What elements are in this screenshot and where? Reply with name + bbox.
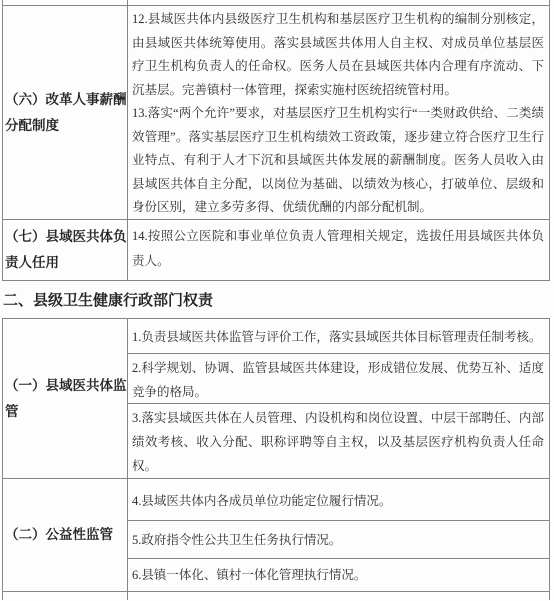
row-header-label: （二）公益性监管 bbox=[5, 522, 113, 548]
row-header-label: （一）县域医共体监管 bbox=[5, 373, 127, 425]
section-heading: 二、县级卫生健康行政部门权责 bbox=[0, 281, 554, 318]
document-page: （六）改革人事薪酬分配制度 12.县域医共体内县级医疗卫生机构和基层医疗卫生机构… bbox=[0, 0, 554, 601]
item-3-cell: 3.落实县域医共体在人员管理、内设机构和岗位设置、中层干部聘任、内部绩效考核、收… bbox=[128, 404, 549, 478]
table-row: （七）县域医共体负责人任用 14.按照公立医院和事业单位负责人管理相关规定，选拔… bbox=[3, 220, 549, 280]
item-14-text: 14.按照公立医院和事业单位负责人管理相关规定，选拔任用县域医共体负责人。 bbox=[132, 224, 544, 274]
section-heading-text: 二、县级卫生健康行政部门权责 bbox=[3, 292, 213, 309]
row-header-reform-personnel-salary: （六）改革人事薪酬分配制度 bbox=[3, 6, 128, 219]
table-row: （六）改革人事薪酬分配制度 12.县域医共体内县级医疗卫生机构和基层医疗卫生机构… bbox=[3, 6, 549, 220]
column-divider bbox=[127, 0, 128, 5]
item-2-text: 2.科学规划、协调、监管县域医共体建设，形成错位发展、优势互补、适度竞争的格局。 bbox=[132, 356, 544, 404]
duties-table-section-1: （六）改革人事薪酬分配制度 12.县域医共体内县级医疗卫生机构和基层医疗卫生机构… bbox=[2, 5, 550, 281]
table-bottom-cutoff-row bbox=[2, 592, 550, 600]
item-5-text: 5.政府指令性公共卫生任务执行情况。 bbox=[132, 528, 544, 552]
table-row: （一）县域医共体监管 1.负责县域医共体监管与评价工作，落实县域医共体目标管理责… bbox=[3, 319, 549, 479]
row-header-label: （六）改革人事薪酬分配制度 bbox=[5, 87, 127, 139]
item-6-cell: 6.县镇一体化、镇村一体化管理执行情况。 bbox=[128, 559, 549, 591]
row-header-leader-appointment: （七）县域医共体负责人任用 bbox=[3, 220, 128, 280]
item-1-text: 1.负责县域医共体监管与评价工作，落实县域医共体目标管理责任制考核。 bbox=[132, 325, 544, 349]
items-column: 12.县域医共体内县级医疗卫生机构和基层医疗卫生机构的编制分别核定，由县域医共体… bbox=[128, 6, 549, 219]
item-3-text: 3.落实县域医共体在人员管理、内设机构和岗位设置、中层干部聘任、内部绩效考核、收… bbox=[132, 406, 544, 478]
table-top-cutoff-row bbox=[2, 0, 550, 5]
row-header-label: （七）县域医共体负责人任用 bbox=[5, 224, 127, 276]
item-5-cell: 5.政府指令性公共卫生任务执行情况。 bbox=[128, 521, 549, 559]
items-column: 4.县域医共体内各成员单位功能定位履行情况。 5.政府指令性公共卫生任务执行情况… bbox=[128, 479, 549, 591]
item-14-cell: 14.按照公立医院和事业单位负责人管理相关规定，选拔任用县域医共体负责人。 bbox=[128, 220, 549, 274]
items-column: 1.负责县域医共体监管与评价工作，落实县域医共体目标管理责任制考核。 2.科学规… bbox=[128, 319, 549, 478]
item-4-cell: 4.县域医共体内各成员单位功能定位履行情况。 bbox=[128, 479, 549, 521]
item-13-text: 13.落实“两个允许”要求，对基层医疗卫生机构实行“一类财政供给、二类绩效管理”… bbox=[132, 102, 544, 220]
column-divider bbox=[127, 592, 128, 600]
item-12-text: 12.县域医共体内县级医疗卫生机构和基层医疗卫生机构的编制分别核定，由县域医共体… bbox=[132, 8, 544, 102]
row-header-community-supervision: （一）县域医共体监管 bbox=[3, 319, 128, 478]
items-cell-12-13: 12.县域医共体内县级医疗卫生机构和基层医疗卫生机构的编制分别核定，由县域医共体… bbox=[128, 6, 549, 220]
items-column: 14.按照公立医院和事业单位负责人管理相关规定，选拔任用县域医共体负责人。 bbox=[128, 220, 549, 280]
row-header-public-welfare-supervision: （二）公益性监管 bbox=[3, 479, 128, 591]
table-row: （二）公益性监管 4.县域医共体内各成员单位功能定位履行情况。 5.政府指令性公… bbox=[3, 479, 549, 591]
item-4-text: 4.县域医共体内各成员单位功能定位履行情况。 bbox=[132, 489, 544, 513]
item-1-cell: 1.负责县域医共体监管与评价工作，落实县域医共体目标管理责任制考核。 bbox=[128, 319, 549, 354]
item-6-text: 6.县镇一体化、镇村一体化管理执行情况。 bbox=[132, 563, 544, 587]
duties-table-section-2: （一）县域医共体监管 1.负责县域医共体监管与评价工作，落实县域医共体目标管理责… bbox=[2, 318, 550, 592]
item-2-cell: 2.科学规划、协调、监管县域医共体建设，形成错位发展、优势互补、适度竞争的格局。 bbox=[128, 354, 549, 404]
